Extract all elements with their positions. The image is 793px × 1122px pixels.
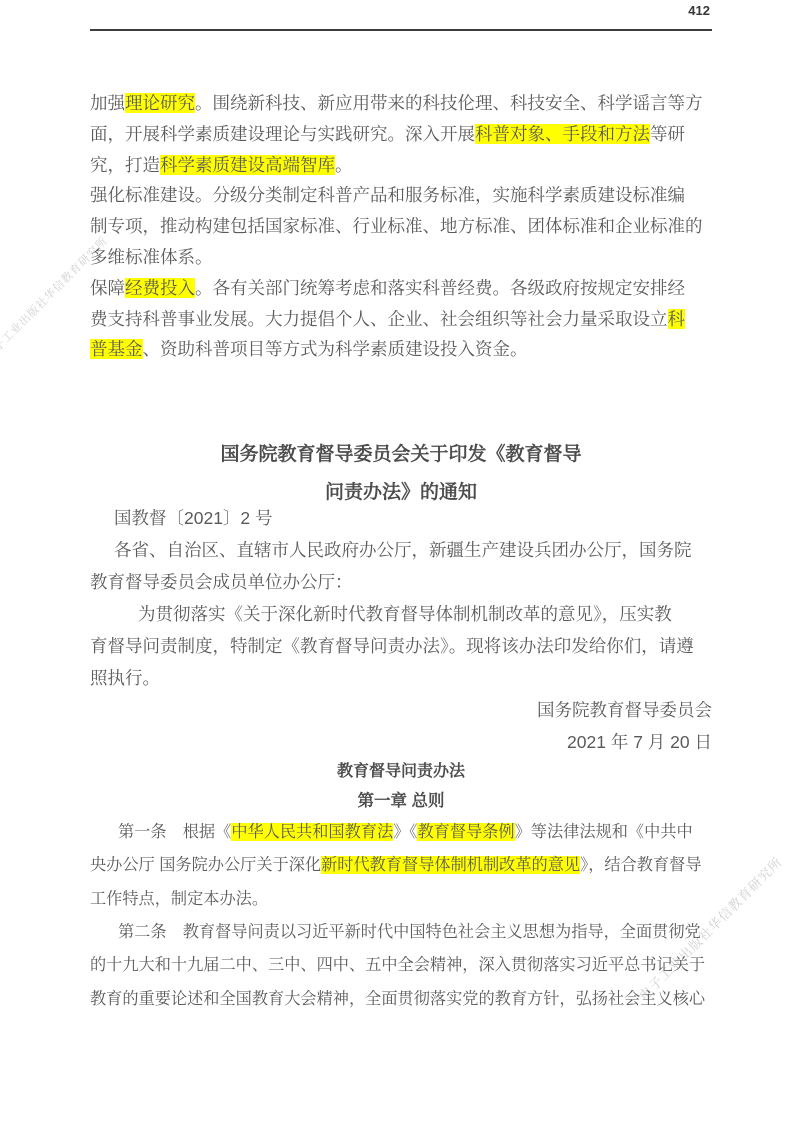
text-run: 》《 <box>393 823 417 841</box>
text-line: 照执行。 <box>90 662 712 694</box>
highlighted-text: 理论研究 <box>125 93 195 113</box>
text-line: 国务院教育督导委员会 <box>90 694 712 726</box>
text-line: 国务院教育督导委员会关于印发《教育督导 <box>90 436 712 474</box>
chapter-heading: 第一章 总则 <box>90 787 712 815</box>
text-line: 教育的重要论述和全国教育大会精神，全面贯彻落实党的教育方针，弘扬社会主义核心 <box>90 983 712 1016</box>
highlighted-text: 中华人民共和国教育法 <box>231 823 393 841</box>
text-line: 第二条 教育督导问责以习近平新时代中国特色社会主义思想为指导，全面贯彻党 <box>90 916 712 949</box>
text-run: 等研 <box>650 124 685 144</box>
text-run: 。各有关部门统筹考虑和落实科普经费。各级政府按规定安排经 <box>195 278 685 298</box>
page-number: 412 <box>688 3 710 18</box>
text-line: 第一章 总则 <box>90 787 712 815</box>
text-line: 各省、自治区、直辖市人民政府办公厅，新疆生产建设兵团办公厅，国务院 <box>90 534 712 566</box>
text-line: 的十九大和十九届二中、三中、四中、五中全会精神，深入贯彻落实习近平总书记关于 <box>90 949 712 982</box>
text-line: 费支持科普事业发展。大力提倡个人、企业、社会组织等社会力量采取设立科 <box>90 304 712 335</box>
highlighted-text: 经费投入 <box>125 278 195 298</box>
article-1: 第一条 根据《中华人民共和国教育法》《教育督导条例》等法律法规和《中共中央办公厅… <box>90 816 712 916</box>
text-run: 。围绕新科技、新应用带来的科技伦理、科技安全、科学谣言等方 <box>195 93 703 113</box>
text-line: 育督导问责制度，特制定《教育督导问责办法》。现将该办法印发给你们，请遵 <box>90 630 712 662</box>
text-line: 加强理论研究。围绕新科技、新应用带来的科技伦理、科技安全、科学谣言等方 <box>90 88 712 119</box>
article-2: 第二条 教育督导问责以习近平新时代中国特色社会主义思想为指导，全面贯彻党的十九大… <box>90 916 712 1016</box>
header-rule <box>90 29 712 31</box>
text-line: 强化标准建设。分级分类制定科普产品和服务标准，实施科学素质建设标准编 <box>90 180 712 211</box>
highlighted-text: 科学素质建设高端智库 <box>160 155 335 175</box>
text-run: 制专项，推动构建包括国家标准、行业标准、地方标准、团体标准和企业标准的 <box>90 216 703 236</box>
text-run: 》等法律法规和《中共中 <box>515 823 693 841</box>
text-run: 教育督导问责办法 <box>337 763 465 780</box>
text-run: 工作特点，制定本办法。 <box>90 890 268 908</box>
text-run: 多维标准体系。 <box>90 247 213 267</box>
text-line: 国教督〔2021〕2 号 <box>90 502 712 534</box>
text-run: 教育的重要论述和全国教育大会精神，全面贯彻落实党的教育方针，弘扬社会主义核心 <box>90 990 705 1008</box>
text-line: 制专项，推动构建包括国家标准、行业标准、地方标准、团体标准和企业标准的 <box>90 211 712 242</box>
text-run: 》，结合教育督导 <box>580 856 701 874</box>
text-line: 工作特点，制定本办法。 <box>90 883 712 916</box>
text-run: 保障 <box>90 278 125 298</box>
highlighted-text: 科普对象、手段和方法 <box>475 124 650 144</box>
text-run: 2021 年 7 月 20 日 <box>567 732 712 752</box>
science-outline-continued: 加强理论研究。围绕新科技、新应用带来的科技伦理、科技安全、科学谣言等方面，开展科… <box>90 88 712 365</box>
text-run: 各省、自治区、直辖市人民政府办公厅，新疆生产建设兵团办公厅，国务院 <box>114 540 692 560</box>
measure-title: 教育督导问责办法 <box>90 758 712 786</box>
highlighted-text: 教育督导条例 <box>417 823 514 841</box>
text-line: 普基金、资助科普项目等方式为科学素质建设投入资金。 <box>90 334 712 365</box>
text-line: 为贯彻落实《关于深化新时代教育督导体制机制改革的意见》，压实教 <box>90 598 712 630</box>
document-body: 加强理论研究。围绕新科技、新应用带来的科技伦理、科技安全、科学谣言等方面，开展科… <box>90 0 712 1122</box>
document-page: 412 电子工业出版社华信教育研究所 电子工业出版社华信教育研究所 加强理论研究… <box>0 0 793 1122</box>
text-line: 面，开展科学素质建设理论与实践研究。深入开展科普对象、手段和方法等研 <box>90 119 712 150</box>
text-run: 国务院教育督导委员会关于印发《教育督导 <box>220 444 581 465</box>
text-line: 究，打造科学素质建设高端智库。 <box>90 150 712 181</box>
text-run: 的十九大和十九届二中、三中、四中、五中全会精神，深入贯彻落实习近平总书记关于 <box>90 956 705 974</box>
text-run: 国务院教育督导委员会 <box>537 700 712 720</box>
highlighted-text: 科 <box>668 309 686 329</box>
text-run: 问责办法》的通知 <box>325 482 477 503</box>
text-line: 2021 年 7 月 20 日 <box>90 726 712 758</box>
text-run: 强化标准建设。分级分类制定科普产品和服务标准，实施科学素质建设标准编 <box>90 185 685 205</box>
text-run: 费支持科普事业发展。大力提倡个人、企业、社会组织等社会力量采取设立 <box>90 309 668 329</box>
text-run: 育督导问责制度，特制定《教育督导问责办法》。现将该办法印发给你们，请遵 <box>90 636 694 656</box>
text-run: 加强 <box>90 93 125 113</box>
text-run: 、资助科普项目等方式为科学素质建设投入资金。 <box>143 339 528 359</box>
text-run: 国教督〔2021〕2 号 <box>114 508 273 528</box>
text-run: 。 <box>335 155 353 175</box>
text-line: 保障经费投入。各有关部门统筹考虑和落实科普经费。各级政府按规定安排经 <box>90 273 712 304</box>
text-line: 央办公厅 国务院办公厅关于深化新时代教育督导体制机制改革的意见》，结合教育督导 <box>90 849 712 882</box>
text-line: 第一条 根据《中华人民共和国教育法》《教育督导条例》等法律法规和《中共中 <box>90 816 712 849</box>
text-run: 央办公厅 国务院办公厅关于深化 <box>90 856 321 874</box>
text-line: 教育督导委员会成员单位办公厅： <box>90 566 712 598</box>
text-run: 第一章 总则 <box>357 792 444 810</box>
text-run: 第二条 教育督导问责以习近平新时代中国特色社会主义思想为指导，全面贯彻党 <box>118 923 701 941</box>
text-run: 究，打造 <box>90 155 160 175</box>
text-run: 教育督导委员会成员单位办公厅： <box>90 572 353 592</box>
notice-title: 国务院教育督导委员会关于印发《教育督导问责办法》的通知 <box>90 436 712 512</box>
highlighted-text: 新时代教育督导体制机制改革的意见 <box>321 856 580 874</box>
text-run: 面，开展科学素质建设理论与实践研究。深入开展 <box>90 124 475 144</box>
text-line: 多维标准体系。 <box>90 242 712 273</box>
text-run: 照执行。 <box>90 668 160 688</box>
text-run: 为贯彻落实《关于深化新时代教育督导体制机制改革的意见》，压实教 <box>138 604 672 624</box>
highlighted-text: 普基金 <box>90 339 143 359</box>
notice-body: 国教督〔2021〕2 号各省、自治区、直辖市人民政府办公厅，新疆生产建设兵团办公… <box>90 502 712 758</box>
text-line: 教育督导问责办法 <box>90 758 712 786</box>
text-run: 第一条 根据《 <box>118 823 231 841</box>
